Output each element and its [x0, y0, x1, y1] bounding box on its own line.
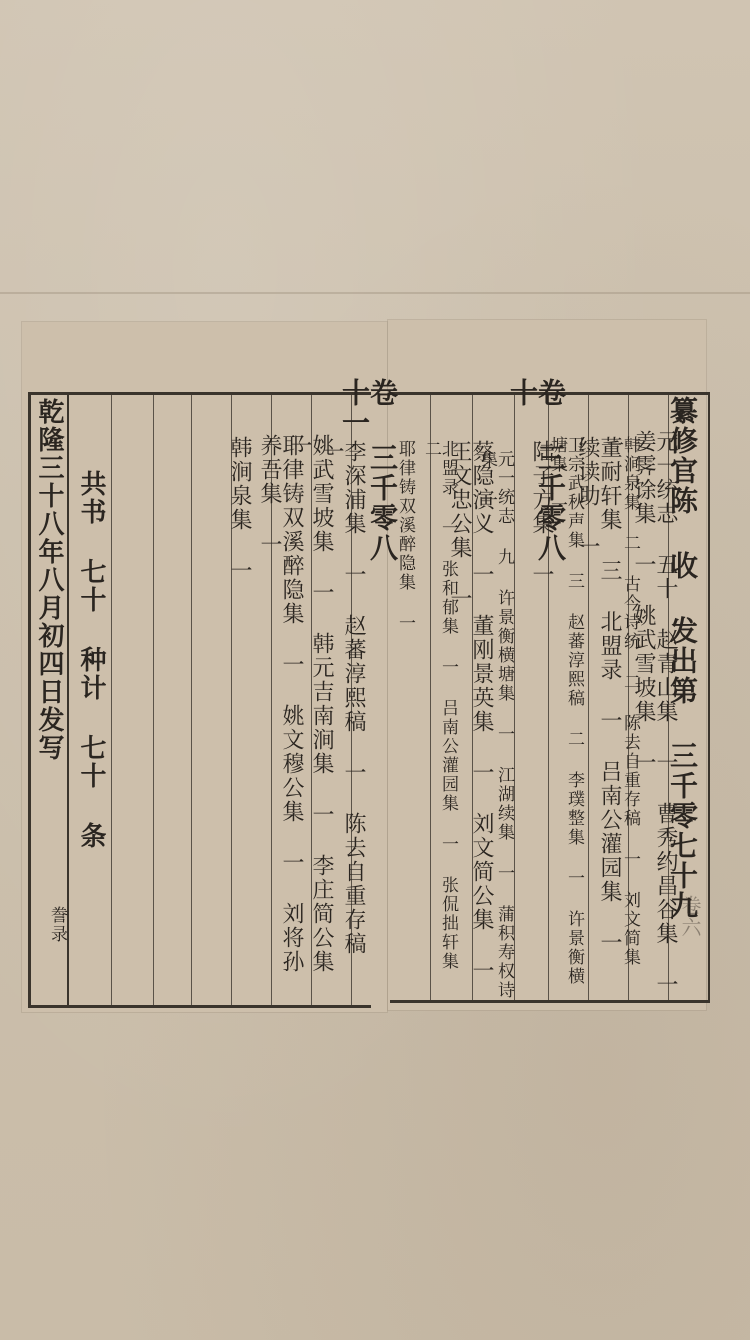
- column-rule: [67, 395, 69, 1005]
- date-line: 乾隆三十八年八月初四日发写: [36, 398, 62, 918]
- column-rule: [191, 395, 192, 1005]
- column-rule: [111, 395, 112, 1005]
- margin-note: 卷六: [680, 895, 700, 975]
- paper-fold-line: [0, 292, 750, 294]
- seal-note: 誊录: [48, 906, 65, 966]
- column-rule: [153, 395, 154, 1005]
- left-column-3: 耶律铸双溪醉隐集 一 姚文穆公集 一 刘将孙养吾集 一: [258, 434, 302, 994]
- summary-count: 共书 七十 种计 七十 条: [78, 470, 104, 850]
- right-column-8: 北盟录 一 张和郁集 一 吕南公灌园集 一 张侃拙轩集 二: [422, 440, 456, 1000]
- right-column-5: 陆子方集 一: [530, 440, 552, 640]
- left-column-4: 韩涧泉集 一: [228, 436, 250, 636]
